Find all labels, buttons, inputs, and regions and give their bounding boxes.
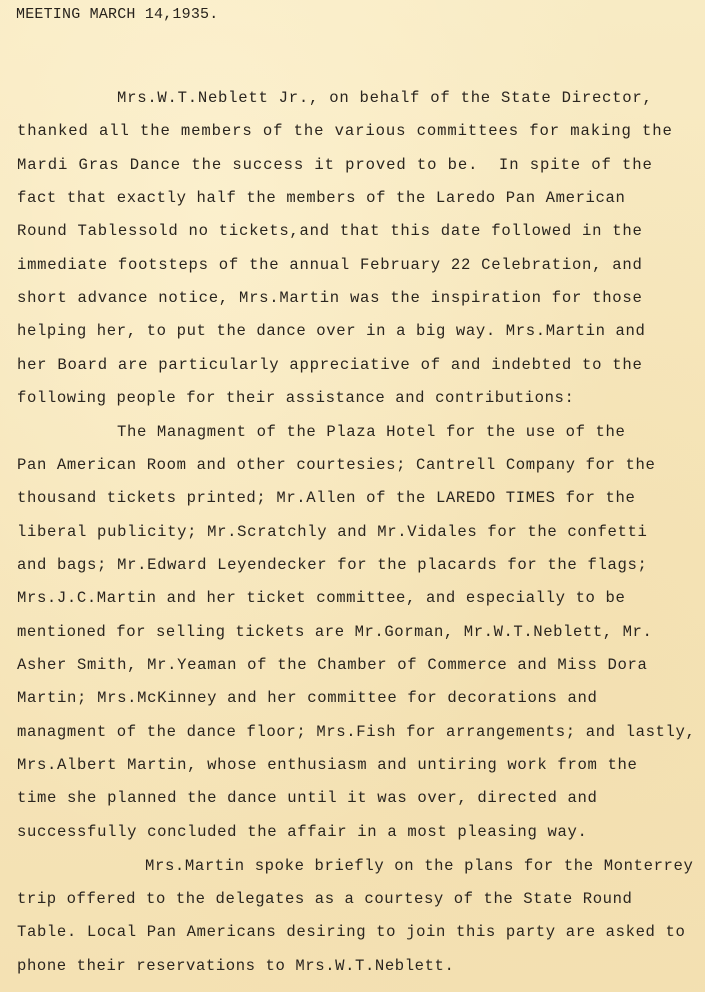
text-line: Asher Smith, Mr.Yeaman of the Chamber of… [17, 655, 648, 675]
text-line: Pan American Room and other courtesies; … [17, 455, 655, 475]
text-line: and bags; Mr.Edward Leyendecker for the … [17, 555, 648, 575]
text-line: liberal publicity; Mr.Scratchly and Mr.V… [17, 522, 648, 542]
text-line: managment of the dance floor; Mrs.Fish f… [17, 722, 695, 742]
text-line: The Managment of the Plaza Hotel for the… [117, 422, 625, 442]
typewritten-page: MEETING MARCH 14,1935. Mrs.W.T.Neblett J… [0, 0, 705, 992]
text-line: Mrs.Albert Martin, whose enthusiasm and … [17, 755, 638, 775]
text-line: immediate footsteps of the annual Februa… [17, 255, 643, 275]
text-line: trip offered to the delegates as a court… [17, 889, 632, 909]
text-line: fact that exactly half the members of th… [17, 188, 625, 208]
text-line: Martin; Mrs.McKinney and her committee f… [17, 688, 598, 708]
meeting-heading: MEETING MARCH 14,1935. [16, 6, 218, 23]
text-line: thousand tickets printed; Mr.Allen of th… [17, 488, 635, 508]
text-line: successfully concluded the affair in a m… [17, 822, 588, 842]
text-line: helping her, to put the dance over in a … [17, 321, 645, 341]
text-line: Mrs.J.C.Martin and her ticket committee,… [17, 588, 625, 608]
text-line: short advance notice, Mrs.Martin was the… [17, 288, 643, 308]
text-line: following people for their assistance an… [17, 388, 574, 408]
text-line: time she planned the dance until it was … [17, 788, 598, 808]
text-line: Mardi Gras Dance the success it proved t… [17, 155, 653, 175]
text-line: her Board are particularly appreciative … [17, 355, 643, 375]
text-line: Mrs.W.T.Neblett Jr., on behalf of the St… [117, 88, 653, 108]
text-line: mentioned for selling tickets are Mr.Gor… [17, 622, 652, 642]
text-line: phone their reservations to Mrs.W.T.Nebl… [17, 956, 454, 976]
text-line: Mrs.Martin spoke briefly on the plans fo… [145, 856, 693, 876]
text-line: thanked all the members of the various c… [17, 121, 673, 141]
text-line: Round Tablessold no tickets,and that thi… [17, 221, 643, 241]
text-line: Table. Local Pan Americans desiring to j… [17, 922, 685, 942]
